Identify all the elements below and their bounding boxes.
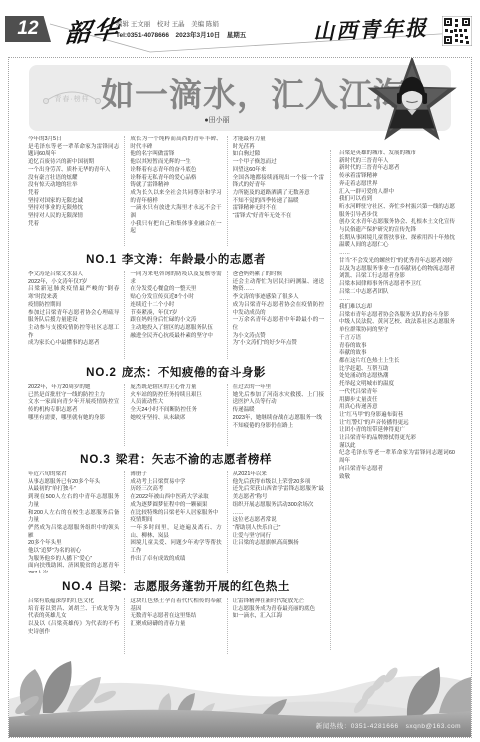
leifeng-star-illustration [365,57,459,152]
section-no4-header: NO.4吕梁：志愿服务蓬勃开展的红色热土 [23,578,329,594]
section-no1-header: NO.1李文涛：年龄最小的志愿者 [23,251,329,267]
section-no1: NO.1李文涛：年龄最小的志愿者 李文涛是吕梁文水县人 2022年，小文涛年仅7… [23,251,329,359]
section-no1-col1: 李文涛是吕梁文水县人 2022年，小文涛年仅7岁 吕梁新冠肺炎疫情最严峻的“倒春… [23,271,124,359]
star-portrait-icon [365,57,459,152]
footer-contact-line: 新闻热线：0351-4281666 sxqnb@163.com [316,721,461,730]
section-no3-header: NO.3梁君：矢志不渝的志愿者榜样 [23,451,329,467]
section-no2-col1: 2022年，年方20周岁的她 已然是首批驻守一线的防控主力 文水一家面向青少年开… [23,384,124,446]
section-no1-number: NO.1 [86,254,117,266]
staff-box: 编辑 王文丽 校对 王晶 美编 陈娟 Tel:0351-4078666 2023… [116,19,246,42]
section-no2-col2: 庞杰既是辖区的主心骨力量 火车站的防控任务持续且艰巨 人员流动性大 全天24小时… [124,384,226,446]
masthead-title: 山西青年报 [313,12,429,46]
section-no3: NO.3梁君：矢志不渝的志愿者榜样 年近六旬的梁君 从事志愿服务已有20多个年头… [23,451,329,573]
section-no2-number: NO.2 [86,367,117,379]
section-no1-body: 李文涛是吕梁文水县人 2022年，小文涛年仅7岁 吕梁新冠肺炎疫情最严峻的“倒春… [23,271,329,359]
section-no4-number: NO.4 [62,581,93,593]
section-no3-col1: 年近六旬的梁君 从事志愿服务已有20多个年头 从最初的“单打独斗” 到现在500… [23,471,124,573]
section-no4-col1: 吕梁有底蕴深厚的红色文化 培育着以贺昌、刘胡兰、于成龙等为代表的英雄儿女 以及以… [23,598,124,654]
byline: ●田小丽 [101,115,333,125]
section-no3-body: 年近六旬的梁君 从事志愿服务已有20多个年头 从最初的“单打独斗” 到现在500… [23,471,329,573]
sidebar-column: 吕梁是英雄的城市、发展的城市 新时代的三晋青年人 新时代的三晋青年志愿者 传承着… [330,150,455,650]
section-no4-title: 吕梁：志愿服务蓬勃开展的红色热土 [98,581,290,593]
section-no1-col3: 爸爸妈妈累了的时候 还会主动帮忙为居民扫码测温、递送物资…… 李文涛的事迹感染了… [227,271,329,359]
section-no3-number: NO.3 [80,454,111,466]
section-no2: NO.2庞杰：不知疲倦的奋斗身影 2022年，年方20周岁的她 已然是首批驻守一… [23,364,329,446]
section-no2-header: NO.2庞杰：不知疲倦的奋斗身影 [23,364,329,380]
intro-column-2: 成长为一个纯粹而高尚的青年丰碑、时代丰碑 他的名字叫做雷锋 他以其短暂而光辉的一… [124,136,226,246]
section-no4-col3: 让雷锋精神在新时代绽放光芒 让志愿服务成为青春最亮丽的底色 如一滴水，汇入江海 [227,598,329,654]
section-no4-col2: 这块红色热土孕育着代代相传的奉献基因 无数青年志愿者在这里集结 汇聚成磅礴的青春… [124,598,226,654]
section-logo-calligraphy: 韶华 [64,10,122,51]
intro-column-3: 才能最有力量 时光荏苒 如白驹过隙 一个甲子倏忽而过 回望这60年来 全国各地都… [227,136,329,246]
section-no2-col3: 在过去的一年里 她先后参加了河南水灾救援、上门接送医护人员等行动 传递温暖 20… [227,384,329,446]
page-sheet: 青春·榜样 如一滴水，汇入江海 ●田小丽 今年的3月5日 是毛泽东等老一辈革 [8,57,472,738]
staff-line: 编辑 王文丽 校对 王晶 美编 陈娟 [116,19,246,30]
page-number: 12 [17,18,38,40]
section-no4: NO.4吕梁：志愿服务蓬勃开展的红色热土 吕梁有底蕴深厚的红色文化 培育着以贺昌… [23,578,329,654]
section-no2-title: 庞杰：不知疲倦的奋斗身影 [122,367,266,379]
intro-column-1: 今年的3月5日 是毛泽东等老一辈革命家为雷锋同志题词60周年 追忆百废待兴的新中… [23,136,124,246]
qr-code-icon [442,16,472,46]
intro-block: 今年的3月5日 是毛泽东等老一辈革命家为雷锋同志题词60周年 追忆百废待兴的新中… [23,136,329,246]
section-no3-col2: 薄册子 成功考上吕梁贸易中学 历经三次高考 在2022年被山西中医药大学录取 成… [124,471,226,573]
section-no3-col3: 从2021年以来 他先后获得市级以上荣誉20多项 还先后荣获山西省学雷锋志愿服务… [227,471,329,573]
newspaper-page: 12 韶华 编辑 王文丽 校对 王晶 美编 陈娟 Tel:0351-407866… [0,0,480,742]
section-no4-body: 吕梁有底蕴深厚的红色文化 培育着以贺昌、刘胡兰、于成龙等为代表的英雄儿女 以及以… [23,598,329,654]
series-badge: 青春·榜样 [39,81,105,113]
page-title: 如一滴水，汇入江海 [101,69,333,116]
tel-date-line: Tel:0351-4078666 2023年3月10日 星期五 [116,30,246,41]
section-no1-col2: 一同为来电咨询的防疫以及复核等需求 在分发爱心餐盒的一整天里 贴心分发宣传页近8… [124,271,226,359]
badge-label: 青春·榜样 [39,94,105,104]
page-number-flag: 12 [5,16,51,42]
main-article-area: 今年的3月5日 是毛泽东等老一辈革命家为雷锋同志题词60周年 追忆百废待兴的新中… [23,136,329,654]
section-no2-body: 2022年，年方20周岁的她 已然是首批驻守一线的防控主力 文水一家面向青少年开… [23,384,329,446]
masthead: 12 韶华 编辑 王文丽 校对 王晶 美编 陈娟 Tel:0351-407866… [0,10,480,56]
section-no1-title: 李文涛：年龄最小的志愿者 [122,254,266,266]
section-no3-title: 梁君：矢志不渝的志愿者榜样 [116,454,272,466]
